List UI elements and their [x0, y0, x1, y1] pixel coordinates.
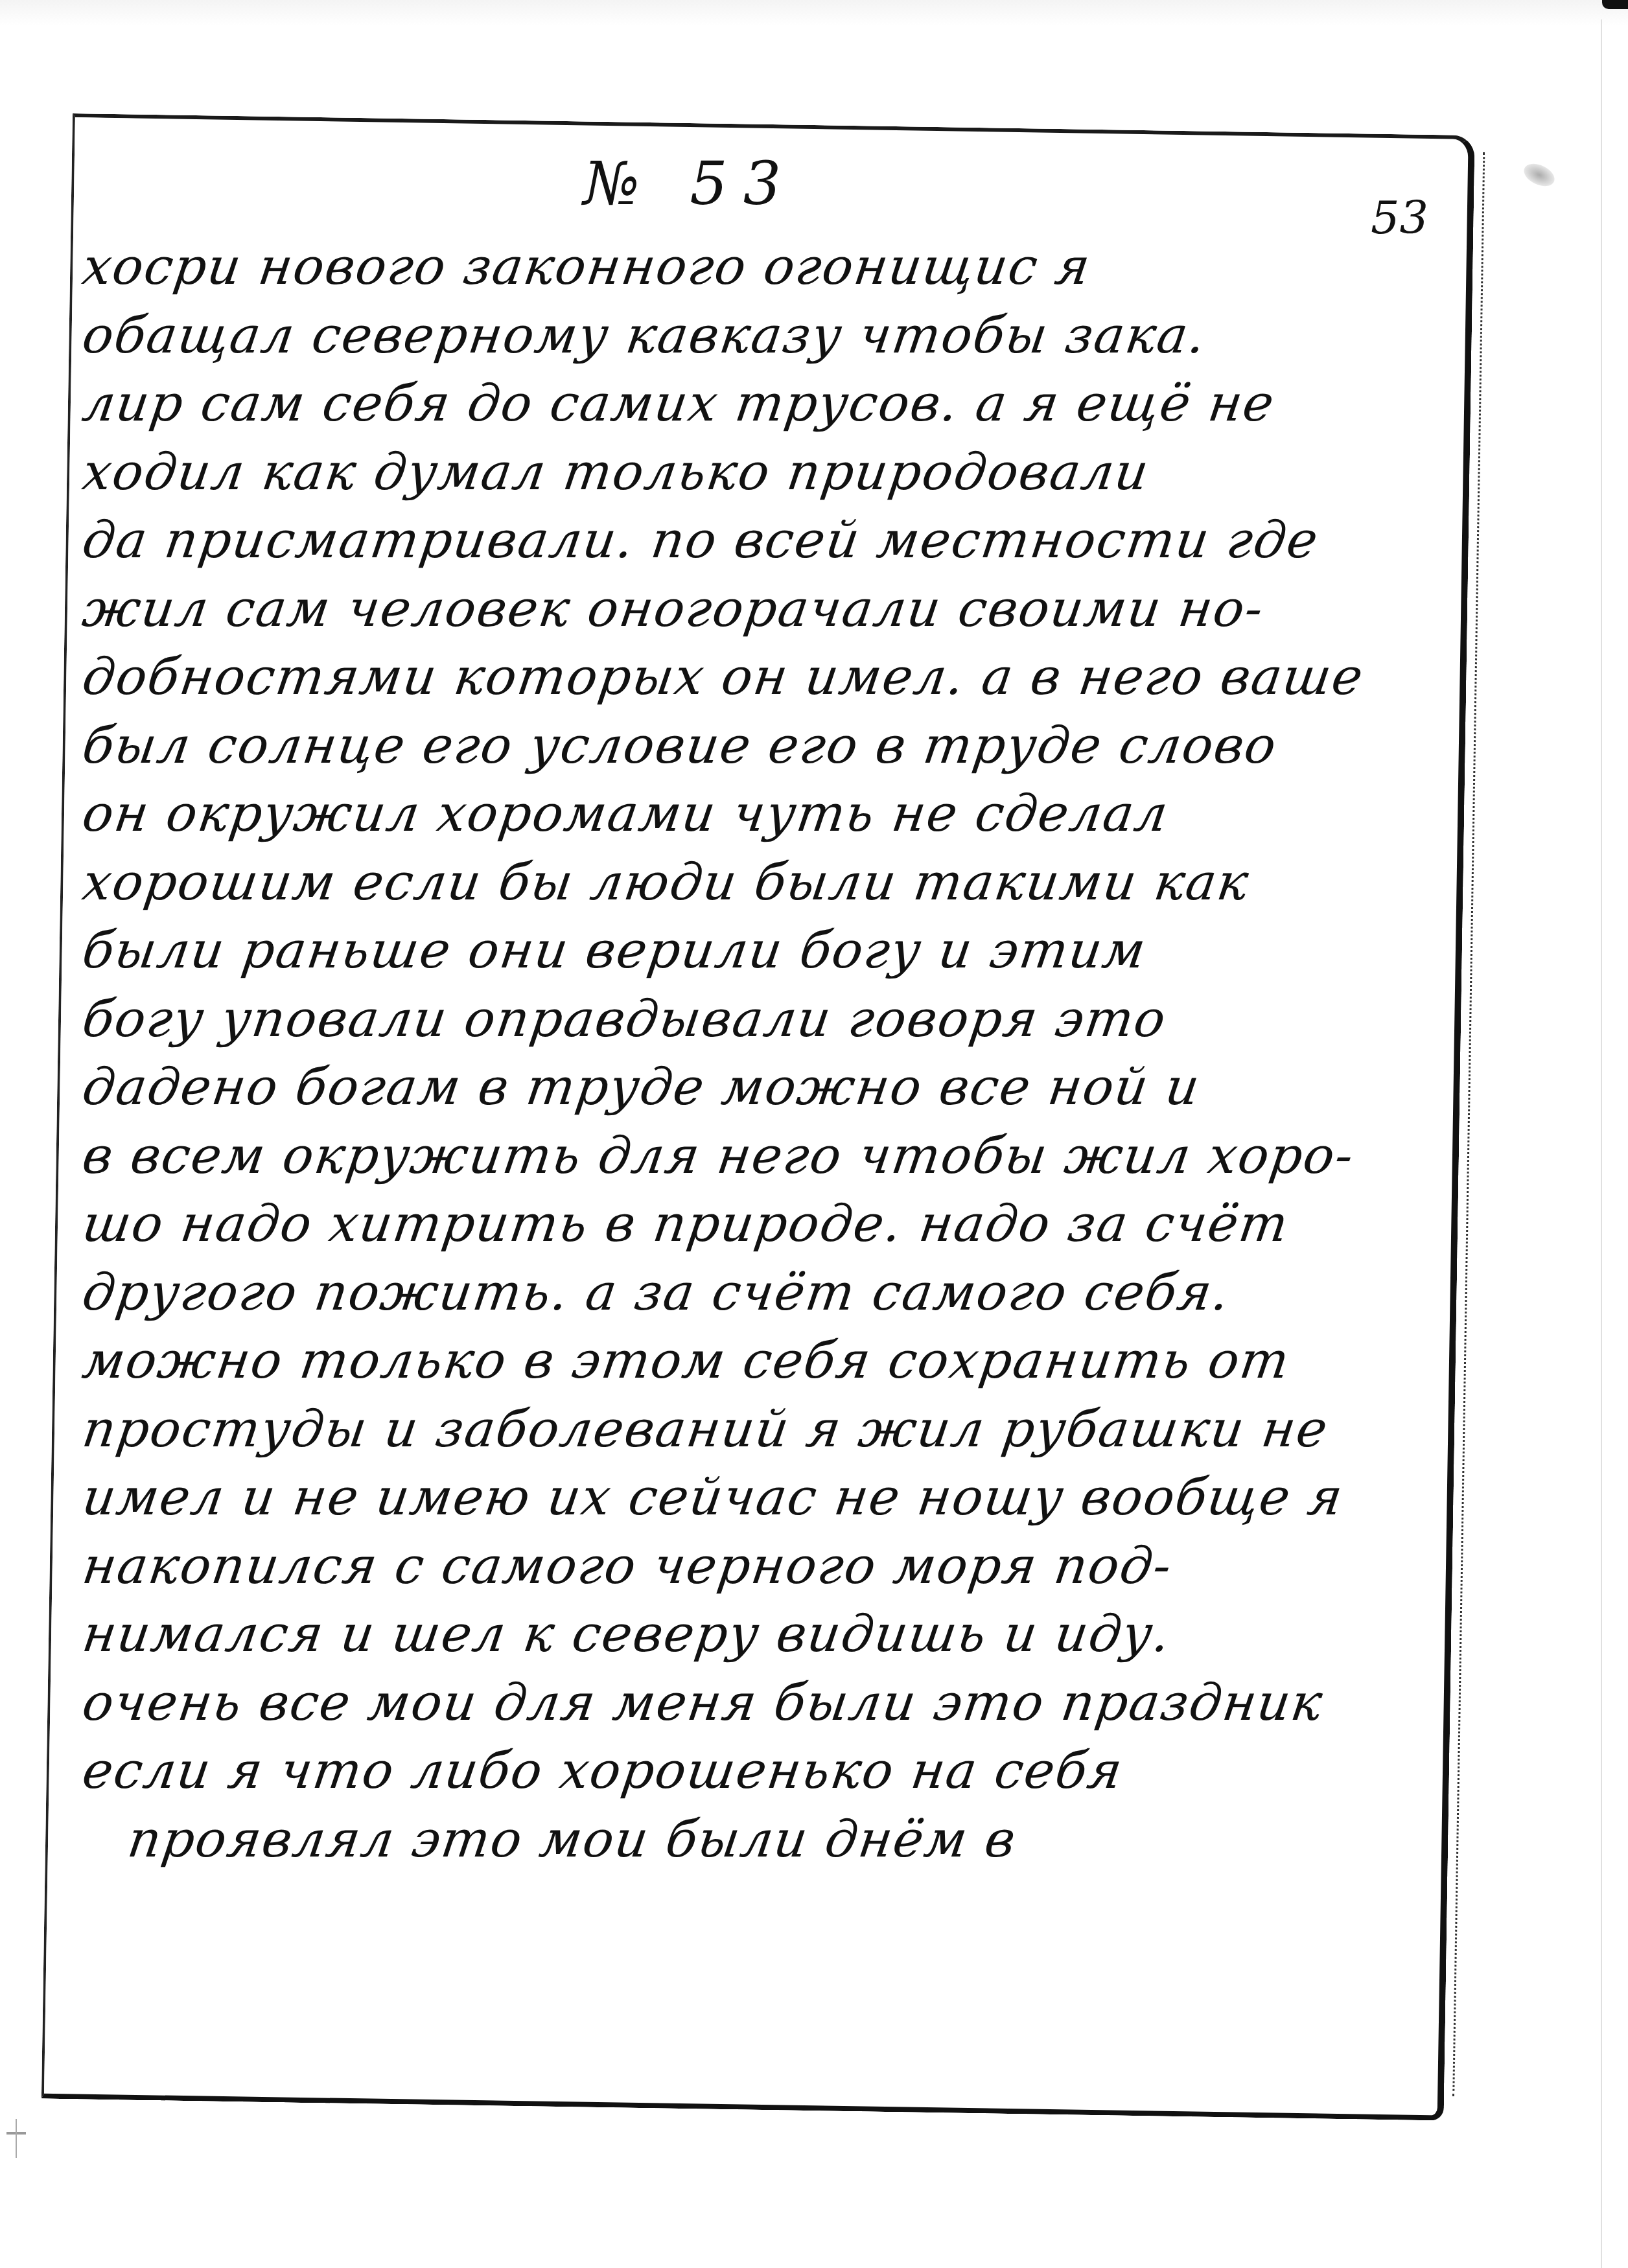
text-line: да присматривали. по всей местности где	[78, 507, 1436, 575]
text-line: можно только в этом себя сохранить от	[78, 1327, 1436, 1396]
text-line: дадено богам в труде можно все ной и	[78, 1054, 1436, 1122]
scan-corner-artifact	[1602, 0, 1628, 9]
paper-stain	[1520, 159, 1558, 191]
text-line: обащал северному кавказу чтобы зака.	[78, 302, 1436, 371]
text-line: ходил как думал только природовали	[78, 439, 1436, 507]
text-line: богу уповали оправдывали говоря это	[78, 986, 1436, 1054]
frame-inner-line	[1452, 152, 1485, 2096]
text-line: добностями которых он имел. а в него ваш…	[78, 643, 1436, 712]
text-line: были раньше они верили богу и этим	[78, 917, 1436, 986]
text-line: нимался и шел к северу видишь и иду.	[78, 1601, 1436, 1669]
text-line: он окружил хоромами чуть не сделал	[78, 780, 1436, 849]
pencil-mark	[16, 2119, 17, 2158]
text-line: лир сам себя до самих трусов. а я ещё не	[78, 370, 1436, 439]
text-line: простуды и заболеваний я жил рубашки не	[78, 1396, 1436, 1464]
text-line: был солнце его условие его в труде слово	[78, 712, 1436, 781]
text-line: хорошим если бы люди были такими как	[78, 849, 1436, 918]
text-line: в всем окружить для него чтобы жил хоро-	[78, 1122, 1436, 1191]
paper-right-edge	[1601, 19, 1602, 2268]
entry-number: № 53	[583, 149, 797, 218]
text-line: хосри нового законного огонищис я	[78, 233, 1436, 302]
text-line: жил сам человек оногорачали своими но-	[78, 575, 1436, 644]
text-line: накопился с самого черного моря под-	[78, 1533, 1436, 1601]
text-line: имел и не имею их сейчас не ношу вообще …	[78, 1464, 1436, 1533]
text-line: очень все мои для меня были это праздник	[78, 1669, 1436, 1738]
text-line: если я что либо хорошенько на себя	[78, 1737, 1436, 1806]
scan-top-shadow	[0, 0, 1628, 26]
text-line: другого пожить. а за счёт самого себя.	[78, 1259, 1436, 1328]
text-line: шо надо хитрить в природе. надо за счёт	[78, 1190, 1436, 1259]
handwritten-text-body: хосри нового законного огонищис я обащал…	[83, 233, 1431, 1874]
text-line: проявлял это мои были днём в	[78, 1806, 1436, 1875]
